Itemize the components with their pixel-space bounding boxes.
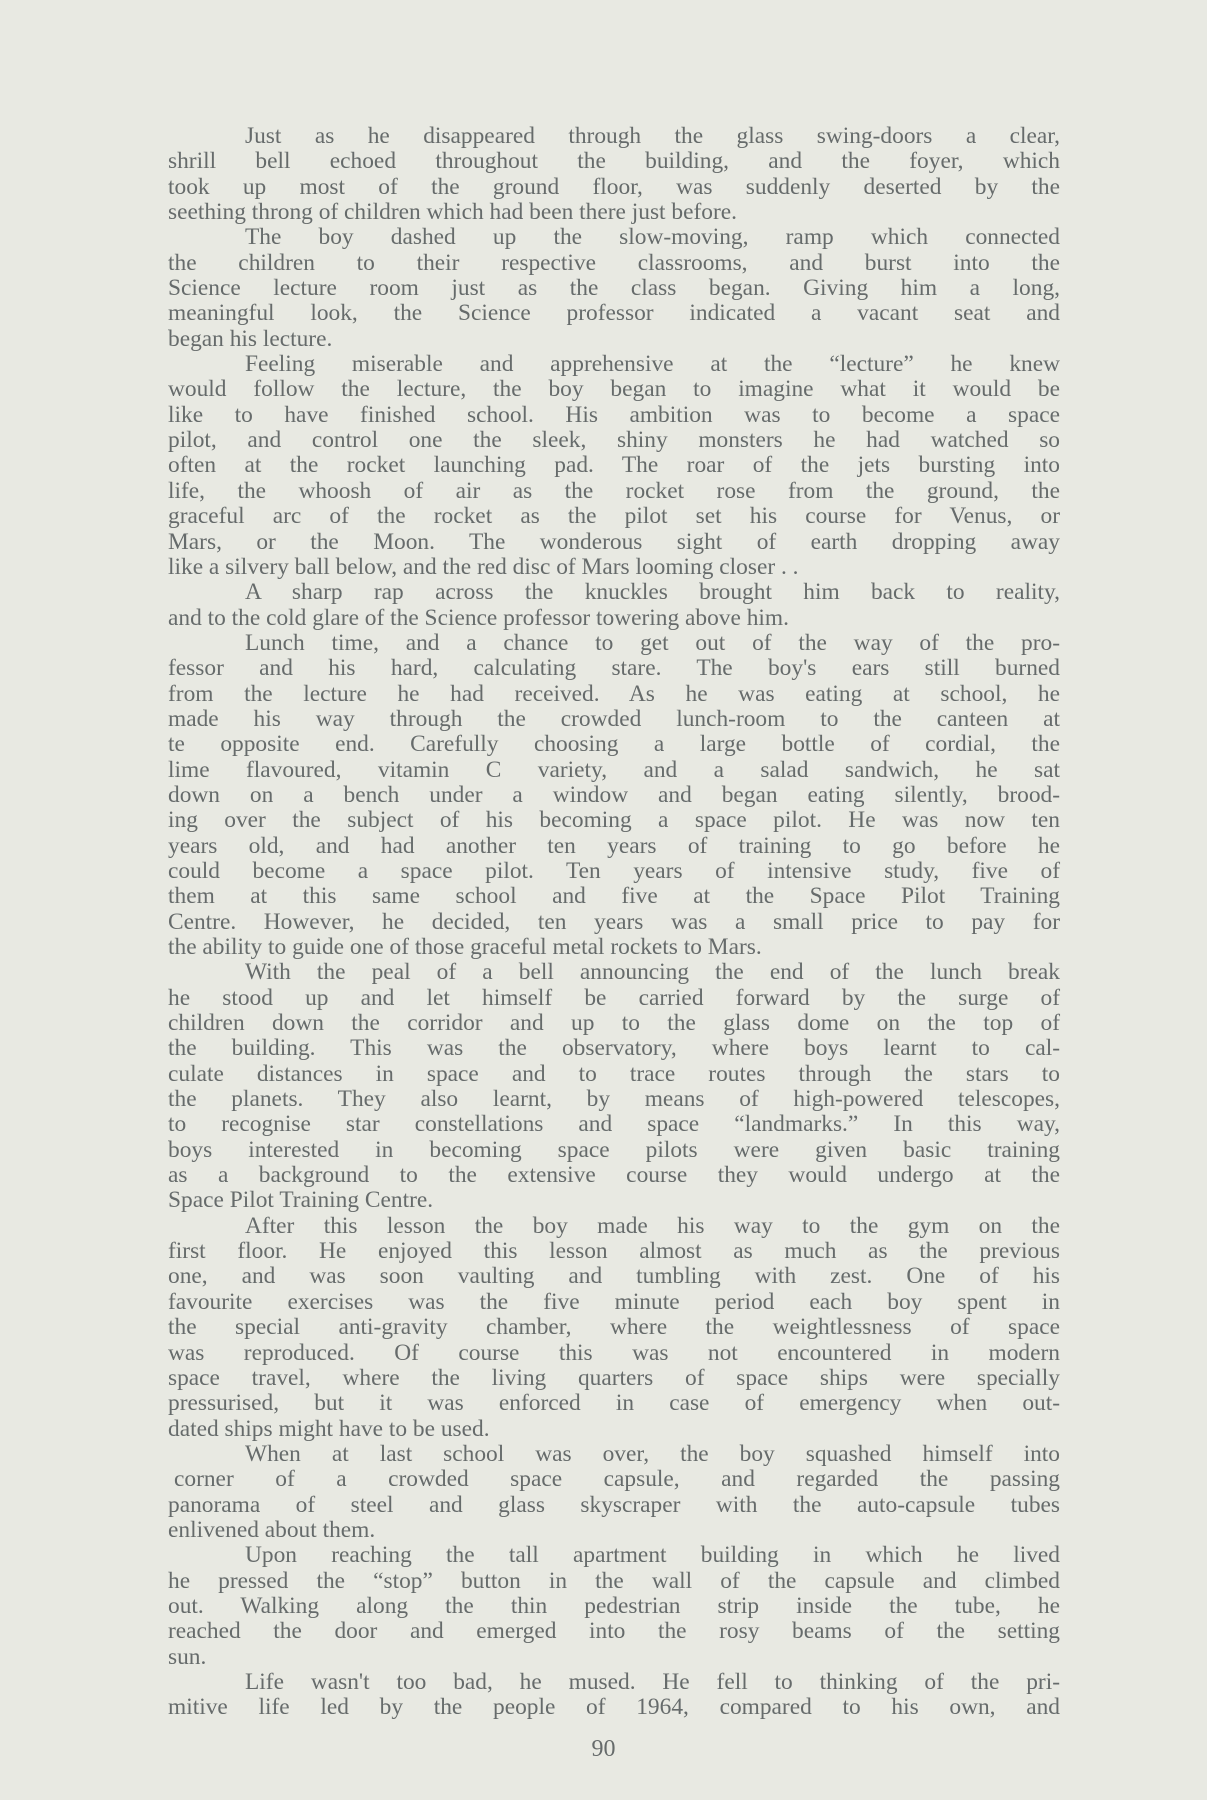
text-line: culate distances in space and to trace r…	[168, 1062, 1060, 1087]
text-line: meaningful look, the Science professor i…	[168, 301, 1060, 326]
text-line: could become a space pilot. Ten years of…	[168, 859, 1060, 884]
paragraph: Upon reaching the tall apartment buildin…	[168, 1543, 1060, 1670]
text-line: out. Walking along the thin pedestrian s…	[168, 1594, 1060, 1619]
text-line: corner of a crowded space capsule, and r…	[168, 1467, 1060, 1492]
text-line: favourite exercises was the five minute …	[168, 1290, 1060, 1315]
paragraph: Lunch time, and a chance to get out of t…	[168, 631, 1060, 960]
text-line: Upon reaching the tall apartment buildin…	[168, 1543, 1060, 1568]
text-line: panorama of steel and glass skyscraper w…	[168, 1493, 1060, 1518]
text-line: Space Pilot Training Centre.	[168, 1188, 1060, 1213]
text-line: After this lesson the boy made his way t…	[168, 1214, 1060, 1239]
text-line: space travel, where the living quarters …	[168, 1366, 1060, 1391]
text-line: the building. This was the observatory, …	[168, 1036, 1060, 1061]
paragraph: Life wasn't too bad, he mused. He fell t…	[168, 1670, 1060, 1721]
text-line: he stood up and let himself be carried f…	[168, 986, 1060, 1011]
text-line: Life wasn't too bad, he mused. He fell t…	[168, 1670, 1060, 1695]
text-line: ing over the subject of his becoming a s…	[168, 808, 1060, 833]
text-line: Lunch time, and a chance to get out of t…	[168, 631, 1060, 656]
text-line: and to the cold glare of the Science pro…	[168, 606, 1060, 631]
text-line: children down the corridor and up to the…	[168, 1011, 1060, 1036]
text-line: With the peal of a bell announcing the e…	[168, 960, 1060, 985]
text-line: first floor. He enjoyed this lesson almo…	[168, 1239, 1060, 1264]
text-line: enlivened about them.	[168, 1518, 1060, 1543]
text-line: dated ships might have to be used.	[168, 1417, 1060, 1442]
text-line: A sharp rap across the knuckles brought …	[168, 580, 1060, 605]
text-line: he pressed the “stop” button in the wall…	[168, 1569, 1060, 1594]
text-line: te opposite end. Carefully choosing a la…	[168, 732, 1060, 757]
text-line: like to have finished school. His ambiti…	[168, 403, 1060, 428]
paragraph: When at last school was over, the boy sq…	[168, 1442, 1060, 1543]
text-line: took up most of the ground floor, was su…	[168, 175, 1060, 200]
text-line: reached the door and emerged into the ro…	[168, 1619, 1060, 1644]
text-line: from the lecture he had received. As he …	[168, 682, 1060, 707]
text-line: the planets. They also learnt, by means …	[168, 1087, 1060, 1112]
text-line: the children to their respective classro…	[168, 251, 1060, 276]
text-line: Science lecture room just as the class b…	[168, 276, 1060, 301]
text-line: was reproduced. Of course this was not e…	[168, 1341, 1060, 1366]
paragraph: The boy dashed up the slow-moving, ramp …	[168, 225, 1060, 352]
text-line: would follow the lecture, the boy began …	[168, 377, 1060, 402]
text-line: The boy dashed up the slow-moving, ramp …	[168, 225, 1060, 250]
paragraph: Just as he disappeared through the glass…	[168, 124, 1060, 225]
text-line: made his way through the crowded lunch-r…	[168, 707, 1060, 732]
text-line: pressurised, but it was enforced in case…	[168, 1391, 1060, 1416]
text-line: them at this same school and five at the…	[168, 884, 1060, 909]
text-line: graceful arc of the rocket as the pilot …	[168, 504, 1060, 529]
text-line: like a silvery ball below, and the red d…	[168, 555, 1060, 580]
text-line: the special anti-gravity chamber, where …	[168, 1315, 1060, 1340]
page-number: 90	[0, 1736, 1207, 1763]
text-line: began his lecture.	[168, 327, 1060, 352]
text-line: shrill bell echoed throughout the buildi…	[168, 149, 1060, 174]
paragraph: A sharp rap across the knuckles brought …	[168, 580, 1060, 631]
text-line: sun.	[168, 1645, 1060, 1670]
text-line: life, the whoosh of air as the rocket ro…	[168, 479, 1060, 504]
page-body: Just as he disappeared through the glass…	[168, 124, 1060, 1721]
paragraph: Feeling miserable and apprehensive at th…	[168, 352, 1060, 580]
text-line: Mars, or the Moon. The wonderous sight o…	[168, 530, 1060, 555]
text-line: down on a bench under a window and began…	[168, 783, 1060, 808]
text-line: as a background to the extensive course …	[168, 1163, 1060, 1188]
text-line: years old, and had another ten years of …	[168, 834, 1060, 859]
text-line: seething throng of children which had be…	[168, 200, 1060, 225]
text-line: Centre. However, he decided, ten years w…	[168, 910, 1060, 935]
paragraph: With the peal of a bell announcing the e…	[168, 960, 1060, 1213]
text-line: fessor and his hard, calculating stare. …	[168, 656, 1060, 681]
paragraph: After this lesson the boy made his way t…	[168, 1214, 1060, 1442]
text-line: Feeling miserable and apprehensive at th…	[168, 352, 1060, 377]
text-line: lime flavoured, vitamin C variety, and a…	[168, 758, 1060, 783]
text-line: pilot, and control one the sleek, shiny …	[168, 428, 1060, 453]
text-line: the ability to guide one of those gracef…	[168, 935, 1060, 960]
text-line: Just as he disappeared through the glass…	[168, 124, 1060, 149]
text-line: boys interested in becoming space pilots…	[168, 1138, 1060, 1163]
text-line: one, and was soon vaulting and tumbling …	[168, 1264, 1060, 1289]
text-line: When at last school was over, the boy sq…	[168, 1442, 1060, 1467]
text-line: to recognise star constellations and spa…	[168, 1112, 1060, 1137]
text-line: often at the rocket launching pad. The r…	[168, 453, 1060, 478]
text-line: mitive life led by the people of 1964, c…	[168, 1695, 1060, 1720]
